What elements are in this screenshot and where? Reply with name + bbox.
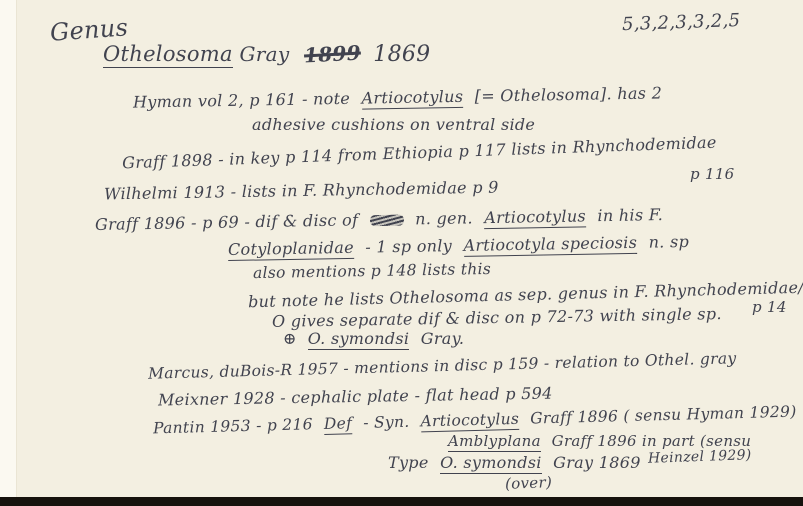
scan-bottom-edge <box>0 497 803 506</box>
separate-page-ref: p 14 <box>752 298 787 316</box>
pantin-synonym-detail: Graff 1896 ( sensu Hyman 1929) <box>530 403 797 428</box>
hyman-note-continuation: adhesive cushions on ventral side <box>252 115 535 134</box>
graff-1898-note: Graff 1898 - in key p 114 from Ethiopia … <box>122 133 717 173</box>
symondsi-species: O. symondsi <box>308 329 410 350</box>
graff-1896-note-end: in his F. <box>597 205 663 225</box>
hyman-note: Hyman vol 2, p 161 - note Artiocotylus [… <box>133 83 662 113</box>
pantin-def-label: Def <box>324 414 353 435</box>
cotyloplanidae-line: Cotyloplanidae - 1 sp only Artiocotyla s… <box>228 232 689 261</box>
card-left-edge <box>0 0 17 506</box>
type-label: Type <box>388 453 429 472</box>
mentions-line: also mentions p 148 lists this <box>253 260 491 282</box>
marcus-note: Marcus, duBois-R 1957 - mentions in disc… <box>148 349 737 382</box>
title-line: Othelosoma Gray 1899 1869 <box>103 42 430 68</box>
corner-code: 5,3,2,3,3,2,5 <box>622 10 741 35</box>
family-note: - 1 sp only <box>365 236 452 257</box>
graff-1898-page-ref: p 116 <box>690 165 735 183</box>
hyman-genus-synonym: Artiocotylus <box>361 87 463 110</box>
graff-1896-new-genus-label: n. gen. <box>415 208 473 228</box>
index-card: Genus 5,3,2,3,3,2,5 Othelosoma Gray 1899… <box>0 0 803 506</box>
wilhelmi-note: Wilhelmi 1913 - lists in F. Rhynchodemid… <box>104 178 499 204</box>
hyman-citation: Hyman vol 2, p 161 - note <box>133 89 350 112</box>
type-author-year: Gray 1869 <box>553 453 641 472</box>
pantin-synonym-genus: Artiocotylus <box>420 410 519 433</box>
scribbled-out-word <box>370 215 404 227</box>
over-note: (over) <box>505 473 553 493</box>
hyman-note-end: [= Othelosoma]. has 2 <box>475 83 663 105</box>
graff-1896-note: Graff 1896 - p 69 - dif & disc of n. gen… <box>95 205 663 236</box>
type-line: Type O. symondsi Gray 1869 <box>388 453 641 474</box>
amblyplana-genus: Amblyplana <box>448 432 541 452</box>
symondsi-author: Gray. <box>421 329 464 348</box>
year-struck-out: 1899 <box>303 41 361 68</box>
meixner-note: Meixner 1928 - cephalic plate - flat hea… <box>158 384 553 410</box>
sensu-author-line: Heinzel 1929) <box>648 447 752 467</box>
species-name: Artiocotyla speciosis <box>463 233 637 257</box>
species-new-label: n. sp <box>648 232 689 252</box>
type-species: O. symondsi <box>440 453 542 474</box>
family-name: Cotyloplanidae <box>228 238 354 261</box>
symondsi-line: ⊕ O. symondsi Gray. <box>283 329 464 350</box>
pantin-syn-label: - Syn. <box>363 413 410 432</box>
graff-1896-genus: Artiocotylus <box>484 206 586 229</box>
graff-1896-citation: Graff 1896 - p 69 - dif & disc of <box>95 210 359 234</box>
genus-name: Othelosoma <box>103 42 233 68</box>
genus-year: 1869 <box>373 42 430 67</box>
circled-mark-icon: ⊕ <box>283 329 297 348</box>
genus-author: Gray <box>240 42 290 66</box>
pantin-citation: Pantin 1953 - p 216 <box>153 415 313 437</box>
